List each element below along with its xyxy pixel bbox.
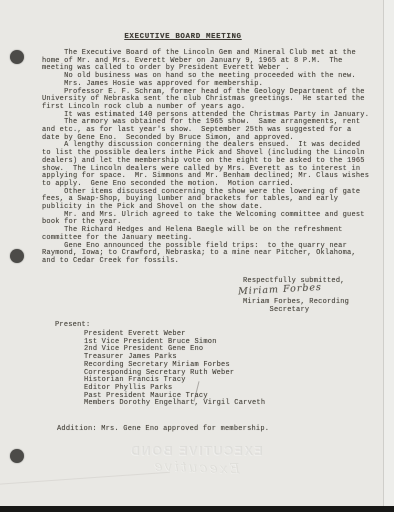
addition-note: Addition: Mrs. Gene Eno approved for mem… bbox=[57, 426, 269, 434]
present-label: Present: bbox=[55, 322, 90, 330]
document-title: EXECUTIVE BOARD MEETING bbox=[0, 33, 366, 41]
punch-hole-top bbox=[10, 50, 24, 64]
watermark-block-text: EXECUTIVE BOND bbox=[96, 444, 296, 458]
scanned-meeting-minutes-page: EXECUTIVE BOARD MEETING The Executive Bo… bbox=[0, 0, 394, 512]
page-edge-line bbox=[383, 0, 384, 512]
watermark-script-text: Executive bbox=[96, 457, 296, 480]
signature-typed-name: Miriam Forbes, Recording Secretary bbox=[243, 299, 349, 314]
scanner-bed-strip bbox=[0, 506, 394, 512]
present-attendee-list: President Everett Weber 1st Vice Preside… bbox=[84, 331, 265, 408]
paper-crease bbox=[0, 472, 170, 486]
page-right-margin bbox=[384, 0, 394, 512]
punch-hole-middle bbox=[10, 249, 24, 263]
paper-watermark: EXECUTIVE BOND Executive bbox=[96, 444, 296, 476]
minutes-body-text: The Executive Board of the Lincoln Gem a… bbox=[42, 50, 369, 266]
punch-hole-bottom bbox=[10, 449, 24, 463]
